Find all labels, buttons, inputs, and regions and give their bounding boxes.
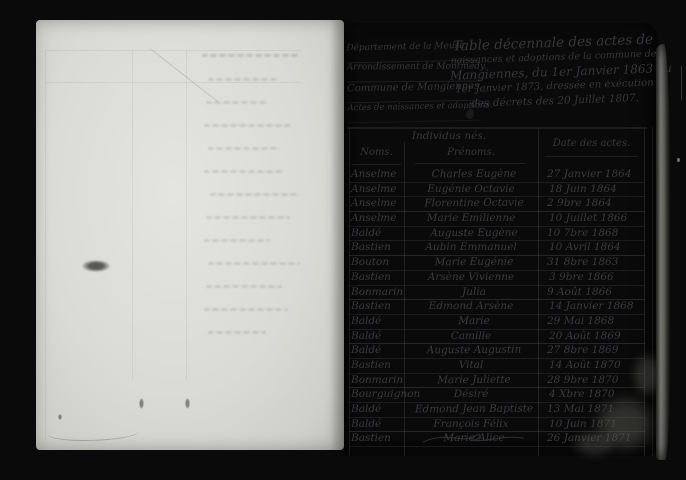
cell-prenoms: Vital — [404, 359, 538, 373]
cell-date: 10 Juillet 1866 — [540, 212, 647, 226]
column-header-dates: Date des actes. — [538, 138, 645, 149]
cell-date: 3 9bre 1866 — [540, 271, 647, 285]
table-row: BaldéMarie29 Mai 1868 — [349, 315, 645, 330]
bleed-through-text — [208, 78, 278, 81]
cell-date: 29 Mai 1868 — [538, 315, 645, 329]
ink-blot — [466, 109, 474, 119]
table-row: BonmarinMarie Juliette28 9bre 1870 — [349, 374, 645, 389]
table-row: AnselmeMarie Emilienne10 Juillet 1866 — [349, 212, 645, 227]
ghost-table-line — [186, 50, 187, 380]
table-row: BastienVital14 Août 1870 — [349, 359, 645, 374]
bleed-through-text — [202, 54, 298, 57]
paper-crease — [149, 48, 217, 102]
header-underline — [351, 164, 401, 165]
bleed-through-text — [204, 170, 284, 173]
register-table: Individus nés. Noms. Prénoms. Date des a… — [349, 127, 645, 456]
bleed-through-text — [204, 239, 270, 242]
table-row: AnselmeEugénie Octavie18 Juin 1864 — [349, 183, 645, 198]
pencil-mark — [48, 424, 140, 441]
cell-prenoms: Arsène Vivienne — [404, 271, 538, 285]
ghost-table-line — [132, 50, 133, 380]
cell-date: 27 8bre 1869 — [538, 344, 645, 358]
cell-date: 2 9bre 1864 — [538, 197, 645, 211]
group-header-individus-nes: Individus nés. — [359, 130, 539, 142]
cell-prenoms: Aubin Emmanuel — [404, 241, 538, 255]
cell-date: 9 Août 1866 — [538, 286, 645, 300]
header-underline — [415, 163, 525, 164]
bleed-through-text — [208, 331, 266, 334]
cell-prenoms: Marie Emilienne — [404, 212, 538, 226]
book-gutter — [330, 20, 358, 456]
left-page — [36, 20, 344, 450]
cell-prenoms: Edmond Arsène — [404, 300, 538, 314]
bleed-through-text — [206, 285, 282, 288]
cell-date: 10 Juin 1871 — [540, 418, 647, 432]
bleed-through-text — [206, 101, 268, 104]
table-body: AnselmeCharles Eugène27 Janvier 1864Anse… — [349, 168, 645, 447]
cell-prenoms: Auguste Eugène — [407, 226, 541, 241]
table-row: AnselmeFlorentine Octavie2 9bre 1864 — [349, 197, 645, 212]
ghost-table-line — [45, 82, 301, 83]
right-page: Département de la Meuse. Arrondissement … — [344, 23, 658, 456]
table-row: AnselmeCharles Eugène27 Janvier 1864 — [349, 168, 645, 183]
cell-date: 20 Août 1869 — [540, 330, 647, 344]
ghost-table-line — [45, 50, 46, 440]
cell-date: 14 Janvier 1868 — [540, 300, 647, 314]
cell-prenoms: Charles Eugène — [407, 168, 541, 183]
cell-date: 10 7bre 1868 — [538, 227, 645, 241]
cell-date: 4 Xbre 1870 — [540, 388, 647, 402]
title-block: Table décennale des actes de naissances … — [449, 31, 659, 112]
cell-prenoms: Auguste Augustin — [407, 344, 541, 359]
table-row: BaldéCamille20 Août 1869 — [349, 330, 645, 345]
cell-date: 26 Janvier 1871 — [538, 432, 645, 446]
table-row: BaldéEdmond Jean Baptiste13 Mai 1871 — [349, 403, 645, 418]
cell-prenoms: Julia — [407, 285, 541, 300]
bleed-through-text — [204, 124, 292, 127]
table-row: BastienEdmond Arsène14 Janvier 1868 — [349, 300, 645, 315]
cell-prenoms: Eugénie Octavie — [404, 183, 538, 197]
bleed-through-text — [208, 147, 280, 150]
ink-smudge — [82, 260, 110, 272]
closing-flourish — [419, 427, 529, 449]
cell-date: 14 Août 1870 — [540, 359, 647, 373]
cover-edge-highlight — [681, 66, 682, 100]
ink-speck — [139, 398, 144, 409]
table-row: BourguignonDésiré4 Xbre 1870 — [349, 388, 645, 403]
header-underline — [545, 156, 638, 157]
table-border-right-outer — [652, 127, 653, 456]
cell-date: 27 Janvier 1864 — [538, 168, 645, 182]
cell-date: 28 9bre 1870 — [538, 374, 645, 388]
table-row: BaldéAuguste Eugène10 7bre 1868 — [349, 227, 645, 242]
cell-date: 13 Mai 1871 — [538, 403, 645, 417]
bleed-through-text — [208, 262, 300, 265]
dust-speck — [677, 158, 680, 162]
cell-date: 10 Avril 1864 — [540, 241, 647, 255]
cell-prenoms: Marie Eugénie — [407, 256, 541, 271]
table-row: BastienAubin Emmanuel10 Avril 1864 — [349, 241, 645, 256]
table-row: BastienArsène Vivienne3 9bre 1866 — [349, 271, 645, 286]
table-row: BonmarinJulia9 Août 1866 — [349, 286, 645, 301]
bleed-through-text — [206, 216, 290, 219]
bleed-through-text — [210, 193, 300, 196]
cell-prenoms: Désiré — [404, 388, 538, 402]
ink-speck — [58, 414, 62, 420]
cell-date: 31 8bre 1863 — [538, 256, 645, 270]
page-stack-edge — [656, 44, 671, 460]
bleed-through-text — [204, 308, 288, 311]
table-row: BoutonMarie Eugénie31 8bre 1863 — [349, 256, 645, 271]
table-border-top — [347, 127, 647, 129]
register-scan: Département de la Meuse. Arrondissement … — [0, 0, 686, 480]
cell-prenoms: Marie — [407, 314, 541, 329]
cell-prenoms: Marie Juliette — [407, 373, 541, 388]
cell-prenoms: Camille — [404, 330, 538, 344]
ghost-table-line — [45, 50, 301, 51]
column-header-prenoms: Prénoms. — [404, 147, 538, 158]
cell-date: 18 Juin 1864 — [540, 183, 647, 197]
cell-prenoms: Edmond Jean Baptiste — [407, 403, 541, 418]
ink-speck — [185, 398, 190, 409]
table-row: BaldéAuguste Augustin27 8bre 1869 — [349, 344, 645, 359]
cell-prenoms: Florentine Octavie — [407, 197, 541, 212]
